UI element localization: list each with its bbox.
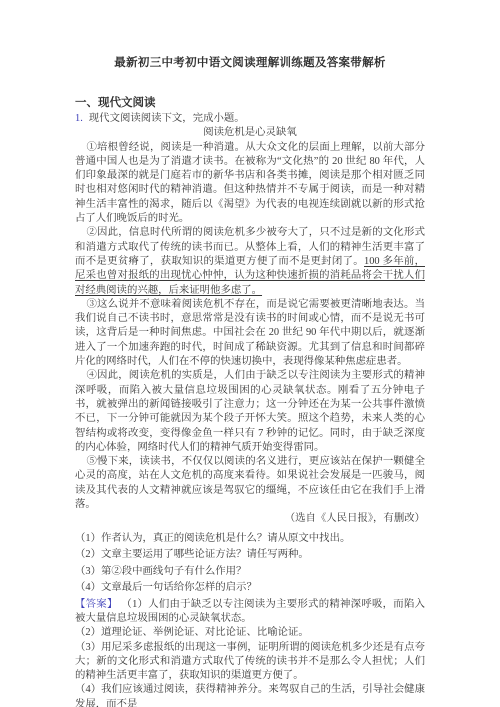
answer-item-4: （4）我们应该通过阅读，获得精神养分。来驾驭自己的生活，引导社会健康发展，而不是 xyxy=(75,683,425,707)
document-page: 最新初三中考初中语文阅读理解训练题及答案带解析 一、现代文阅读 1.现代文阅读阅… xyxy=(0,0,500,707)
answer-item-1: 【答案】（1）人们由于缺乏以专注阅读为主要形式的精神深呼吸，而陷入被大量信息垃圾… xyxy=(75,598,425,627)
answer-item-3: （3）用尼采多虑报纸的出现这一事例，证明所谓的阅读危机多少还是有点夸大；新的文化… xyxy=(75,641,425,684)
answers-section: 【答案】（1）人们由于缺乏以专注阅读为主要形式的精神深呼吸，而陷入被大量信息垃圾… xyxy=(75,598,425,707)
answer-label: 【答案】 xyxy=(75,599,118,610)
question-1-line: 1.现代文阅读阅读下文，完成小题。 xyxy=(75,112,425,126)
article-paragraph-3: ③这么说并不意味着阅读危机不存在，而是说它需要被更清晰地表达。当我们说自己不读书… xyxy=(75,298,425,369)
sub-question-1: （1）作者认为，真正的阅读危机是什么？请从原文中找出。 xyxy=(75,531,425,548)
answer-item-2: （2）道理论证、举例论证、对比论证、比喻论证。 xyxy=(75,626,425,640)
article-paragraph-5: ⑤慢下来，读读书，不仅仅以阅读的名义进行，更应该站在保护一颗健全心灵的高度，站在… xyxy=(75,455,425,512)
answer-1-text: （1）人们由于缺乏以专注阅读为主要形式的精神深呼吸，而陷入被大量信息垃圾围困的心… xyxy=(75,599,425,624)
sub-questions-list: （1）作者认为，真正的阅读危机是什么？请从原文中找出。 （2）文章主要运用了哪些… xyxy=(75,531,425,597)
article-title: 阅读危机是心灵缺氧 xyxy=(75,126,425,140)
document-title: 最新初三中考初中语文阅读理解训练题及答案带解析 xyxy=(75,54,425,70)
article-paragraph-4: ④因此，阅读危机的实质是，人们由于缺乏以专注阅读为主要形式的精神深呼吸，而陷入被… xyxy=(75,369,425,455)
source-attribution: （选自《人民日报》，有删改） xyxy=(75,512,425,526)
article-paragraph-1: ①培根曾经说，阅读是一种消遣。从大众文化的层面上理解，以前大部分普通中国人也是为… xyxy=(75,141,425,227)
question-number: 1. xyxy=(75,113,83,124)
document-content: 最新初三中考初中语文阅读理解训练题及答案带解析 一、现代文阅读 1.现代文阅读阅… xyxy=(0,0,500,707)
article-paragraph-2: ②因此，信息时代所谓的阅读危机多少被夸大了，只不过是新的文化形式和消遣方式取代了… xyxy=(75,226,425,297)
sub-question-3: （3）第②段中画线句子有什么作用？ xyxy=(75,564,425,581)
section-heading: 一、现代文阅读 xyxy=(75,94,425,110)
sub-question-2: （2）文章主要运用了哪些论证方法？请任写两种。 xyxy=(75,547,425,564)
question-intro: 现代文阅读阅读下文，完成小题。 xyxy=(89,113,245,124)
sub-question-4: （4）文章最后一句话给你怎样的启示？ xyxy=(75,580,425,597)
